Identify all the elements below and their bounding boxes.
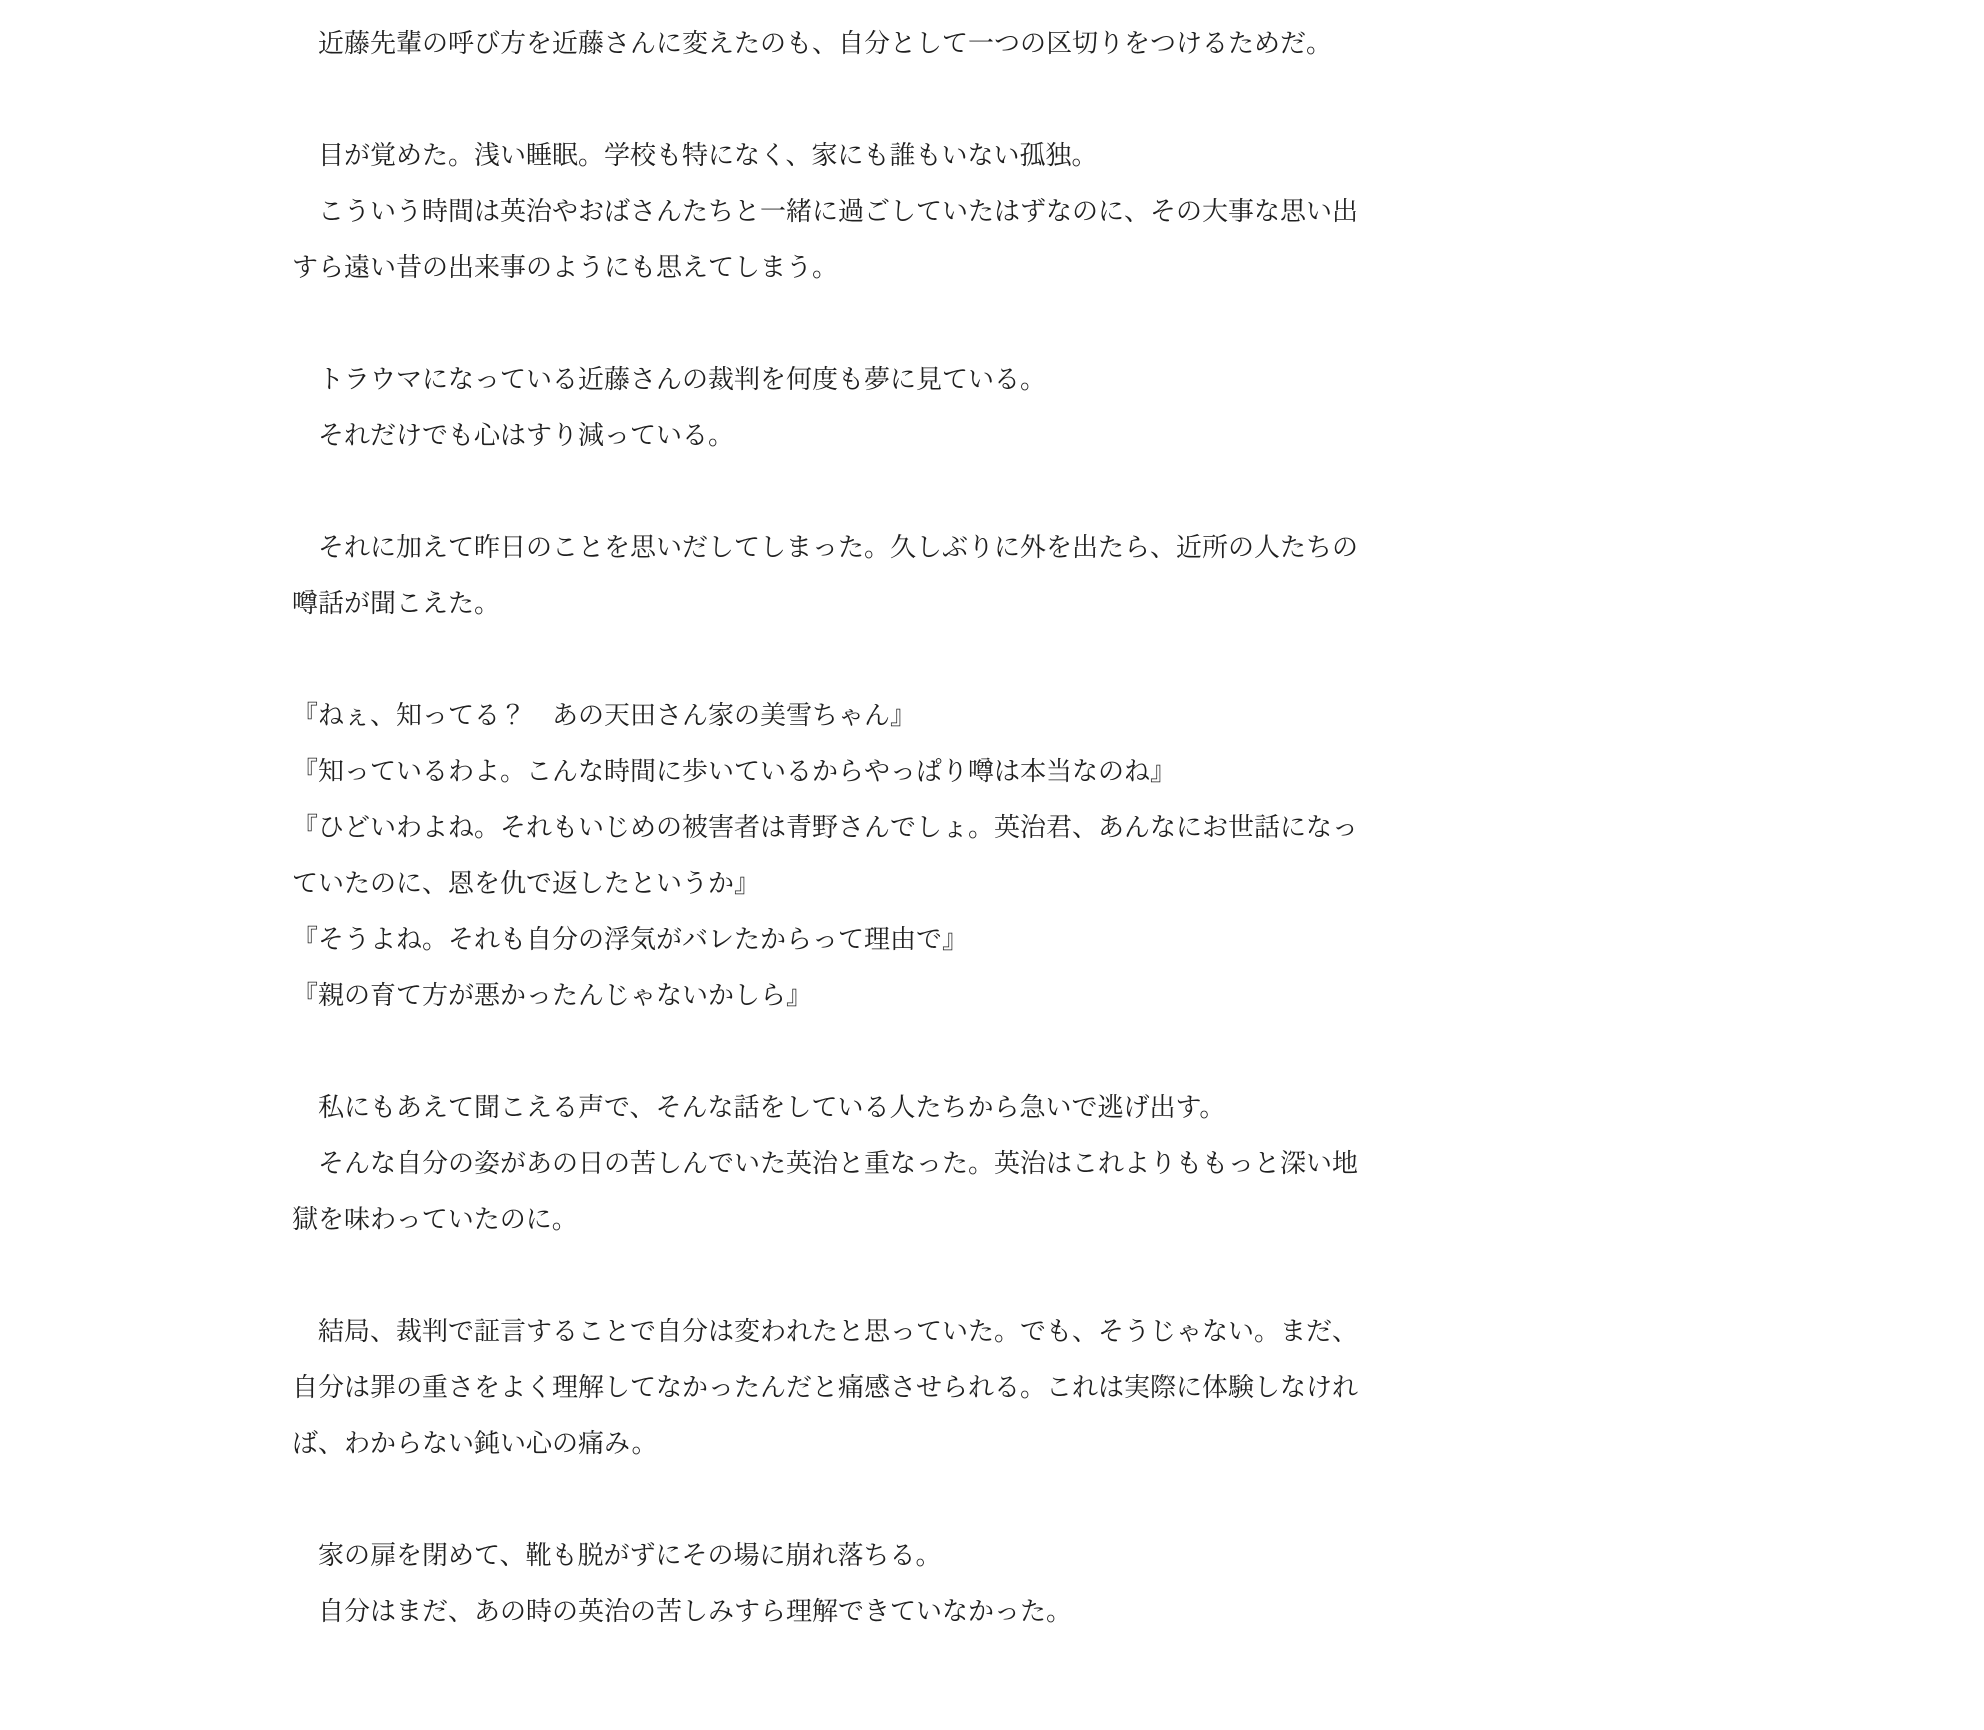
text-line: 自分は罪の重さをよく理解してなかったんだと痛感させられる。これは実際に体験しなけ… xyxy=(292,1360,1704,1416)
text-line: 家の扉を閉めて、靴も脱がずにその場に崩れ落ちる。 xyxy=(292,1528,1704,1584)
dialogue-line: 『そうよね。それも自分の浮気がバレたからって理由で』 xyxy=(292,912,1704,968)
text-line: 獄を味わっていたのに。 xyxy=(292,1192,1704,1248)
text-line: 目が覚めた。浅い睡眠。学校も特になく、家にも誰もいない孤独。 xyxy=(292,128,1704,184)
text-line: 噂話が聞こえた。 xyxy=(292,576,1704,632)
text-line: すら遠い昔の出来事のようにも思えてしまう。 xyxy=(292,240,1704,296)
blank-line xyxy=(292,296,1704,352)
text-line: そんな自分の姿があの日の苦しんでいた英治と重なった。英治はこれよりももっと深い地 xyxy=(292,1136,1704,1192)
blank-line xyxy=(292,72,1704,128)
text-line: 近藤先輩の呼び方を近藤さんに変えたのも、自分として一つの区切りをつけるためだ。 xyxy=(292,16,1704,72)
dialogue-line: 『親の育て方が悪かったんじゃないかしら』 xyxy=(292,968,1704,1024)
document-page: 近藤先輩の呼び方を近藤さんに変えたのも、自分として一つの区切りをつけるためだ。 … xyxy=(0,0,1984,1730)
blank-line xyxy=(292,464,1704,520)
dialogue-line: 『知っているわよ。こんな時間に歩いているからやっぱり噂は本当なのね』 xyxy=(292,744,1704,800)
text-line: それだけでも心はすり減っている。 xyxy=(292,408,1704,464)
text-line: それに加えて昨日のことを思いだしてしまった。久しぶりに外を出たら、近所の人たちの xyxy=(292,520,1704,576)
text-line: トラウマになっている近藤さんの裁判を何度も夢に見ている。 xyxy=(292,352,1704,408)
text-line: 私にもあえて聞こえる声で、そんな話をしている人たちから急いで逃げ出す。 xyxy=(292,1080,1704,1136)
dialogue-line: ていたのに、恩を仇で返したというか』 xyxy=(292,856,1704,912)
text-line: こういう時間は英治やおばさんたちと一緒に過ごしていたはずなのに、その大事な思い出 xyxy=(292,184,1704,240)
blank-line xyxy=(292,632,1704,688)
text-line: 自分はまだ、あの時の英治の苦しみすら理解できていなかった。 xyxy=(292,1584,1704,1640)
dialogue-line: 『ねぇ、知ってる？ あの天田さん家の美雪ちゃん』 xyxy=(292,688,1704,744)
dialogue-line: 『ひどいわよね。それもいじめの被害者は青野さんでしょ。英治君、あんなにお世話にな… xyxy=(292,800,1704,856)
blank-line xyxy=(292,1472,1704,1528)
text-line: 結局、裁判で証言することで自分は変われたと思っていた。でも、そうじゃない。まだ、 xyxy=(292,1304,1704,1360)
text-line: ば、わからない鈍い心の痛み。 xyxy=(292,1416,1704,1472)
blank-line xyxy=(292,1024,1704,1080)
novel-text-body: 近藤先輩の呼び方を近藤さんに変えたのも、自分として一つの区切りをつけるためだ。 … xyxy=(292,16,1704,1640)
blank-line xyxy=(292,1248,1704,1304)
